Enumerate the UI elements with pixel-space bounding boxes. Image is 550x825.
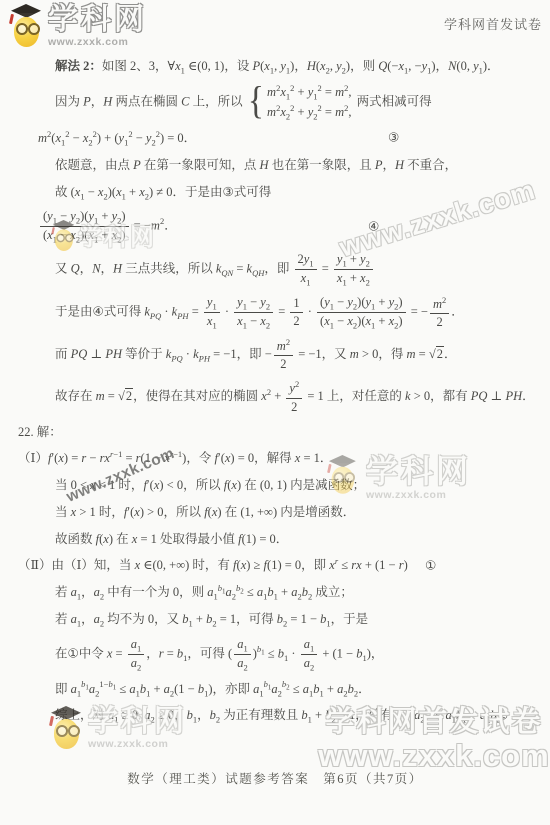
solution-line: （Ⅱ）由（Ⅰ）知，当 x ∈(0, +∞) 时，有 f(x) ≥ f(1) = … bbox=[18, 556, 544, 575]
solution-line: 当 x > 1 时，f′(x) > 0，所以 f(x) 在 (1, +∞) 内是… bbox=[55, 503, 544, 522]
zxxk-mascot-icon bbox=[50, 706, 84, 752]
watermark-banner-line2: www.zxxk.com bbox=[318, 740, 550, 771]
cap-tassel bbox=[9, 14, 14, 24]
mascot-glasses bbox=[56, 725, 68, 737]
cap-tassel bbox=[49, 716, 54, 726]
solution-line: 22. 解： bbox=[18, 423, 544, 442]
solution-line: 解法 2：如图 2、3，∀x1 ∈(0, 1)，设 P(x1, y1)，H(x2… bbox=[55, 57, 544, 76]
solution-content: 解法 2：如图 2、3，∀x1 ∈(0, 1)，设 P(x1, y1)，H(x2… bbox=[0, 57, 550, 733]
solution-line: 依题意，由点 P 在第一象限可知，点 H 也在第一象限，且 P，H 不重合， bbox=[55, 156, 544, 175]
brand-name: 学科网 bbox=[366, 455, 471, 489]
logo-text: 学科网 www.zxxk.com bbox=[48, 4, 147, 48]
zxxk-mascot-icon bbox=[52, 220, 71, 246]
solution-line: 即 a1b1a21−b1 ≤ a1b1 + a2(1 − b1)，亦即 a1b1… bbox=[55, 680, 544, 699]
watermark-logo-bottom-left: 学科网 www.zxxk.com bbox=[50, 706, 187, 752]
solution-line: 若 a1，a2 中有一个为 0，则 a1b1a2b2 ≤ a1b1 + a2b2… bbox=[55, 583, 544, 602]
edition-note: 学科网首发试卷 bbox=[444, 14, 542, 33]
solution-line: 于是由④式可得 kPQ · kPH = y1x1 · y1 − y2x1 − x… bbox=[55, 295, 544, 330]
solution-line: 而 PQ ⊥ PH 等价于 kPQ · kPH = −1，即 −m22 = −1… bbox=[55, 338, 544, 372]
brand-site-url: www.zxxk.com bbox=[88, 738, 187, 750]
brand-name: 学科网 bbox=[88, 706, 187, 738]
solution-line: 又 Q，N，H 三点共线，所以 kQN = kQH，即 2y1x1 = y1 +… bbox=[55, 252, 544, 287]
solution-line: m2(x12 − x22) + (y12 − y22) = 0．③ bbox=[38, 129, 544, 148]
solution-line: 因为 P，H 两点在椭圆 C 上，所以 {m2x12 + y12 = m2,m2… bbox=[55, 84, 544, 121]
zxxk-logo: 学科网 www.zxxk.com bbox=[10, 4, 147, 50]
brand-site-url: www.zxxk.com bbox=[48, 36, 147, 48]
equation-tag: ① bbox=[425, 556, 436, 575]
zxxk-mascot-icon bbox=[10, 4, 44, 50]
watermark-ghost-logo-right: 学科网 www.zxxk.com bbox=[328, 455, 471, 501]
cap-tassel bbox=[327, 464, 332, 473]
logo-text: 学科网 www.zxxk.com bbox=[88, 706, 187, 750]
cap-tassel bbox=[51, 227, 55, 234]
zxxk-mascot-icon bbox=[328, 455, 359, 496]
equation-tag: ③ bbox=[388, 129, 399, 148]
watermark-banner-line1: 学科网首发试卷 bbox=[318, 708, 550, 737]
watermark-banner-bottom-right: 学科网首发试卷 www.zxxk.com bbox=[318, 708, 550, 771]
logo-text: 学科网 www.zxxk.com bbox=[366, 455, 471, 501]
scanned-answer-page: 学科网 www.zxxk.com 学科网首发试卷 解法 2：如图 2、3，∀x1… bbox=[0, 0, 550, 825]
solution-line: 在①中令 x = a1a2，r = b1，可得 (a1a2)b1 ≤ b1 · … bbox=[55, 637, 544, 672]
solution-line: 故存在 m = √2，使得在其对应的椭圆 x2 + y22 = 1 上，对任意的… bbox=[55, 380, 544, 414]
brand-name: 学科网 bbox=[78, 225, 156, 250]
mascot-glasses bbox=[333, 472, 344, 483]
solution-line: 若 a1，a2 均不为 0，又 b1 + b2 = 1，可得 b2 = 1 − … bbox=[55, 610, 544, 629]
brand-site-url: www.zxxk.com bbox=[366, 489, 471, 501]
watermark-ghost-logo-small: 学科网 bbox=[52, 220, 156, 256]
mascot-glasses bbox=[56, 234, 65, 243]
mascot-glasses bbox=[16, 23, 28, 35]
solution-line: 故函数 f(x) 在 x = 1 处取得最小值 f(1) = 0． bbox=[55, 530, 544, 549]
brand-name: 学科网 bbox=[48, 4, 147, 36]
